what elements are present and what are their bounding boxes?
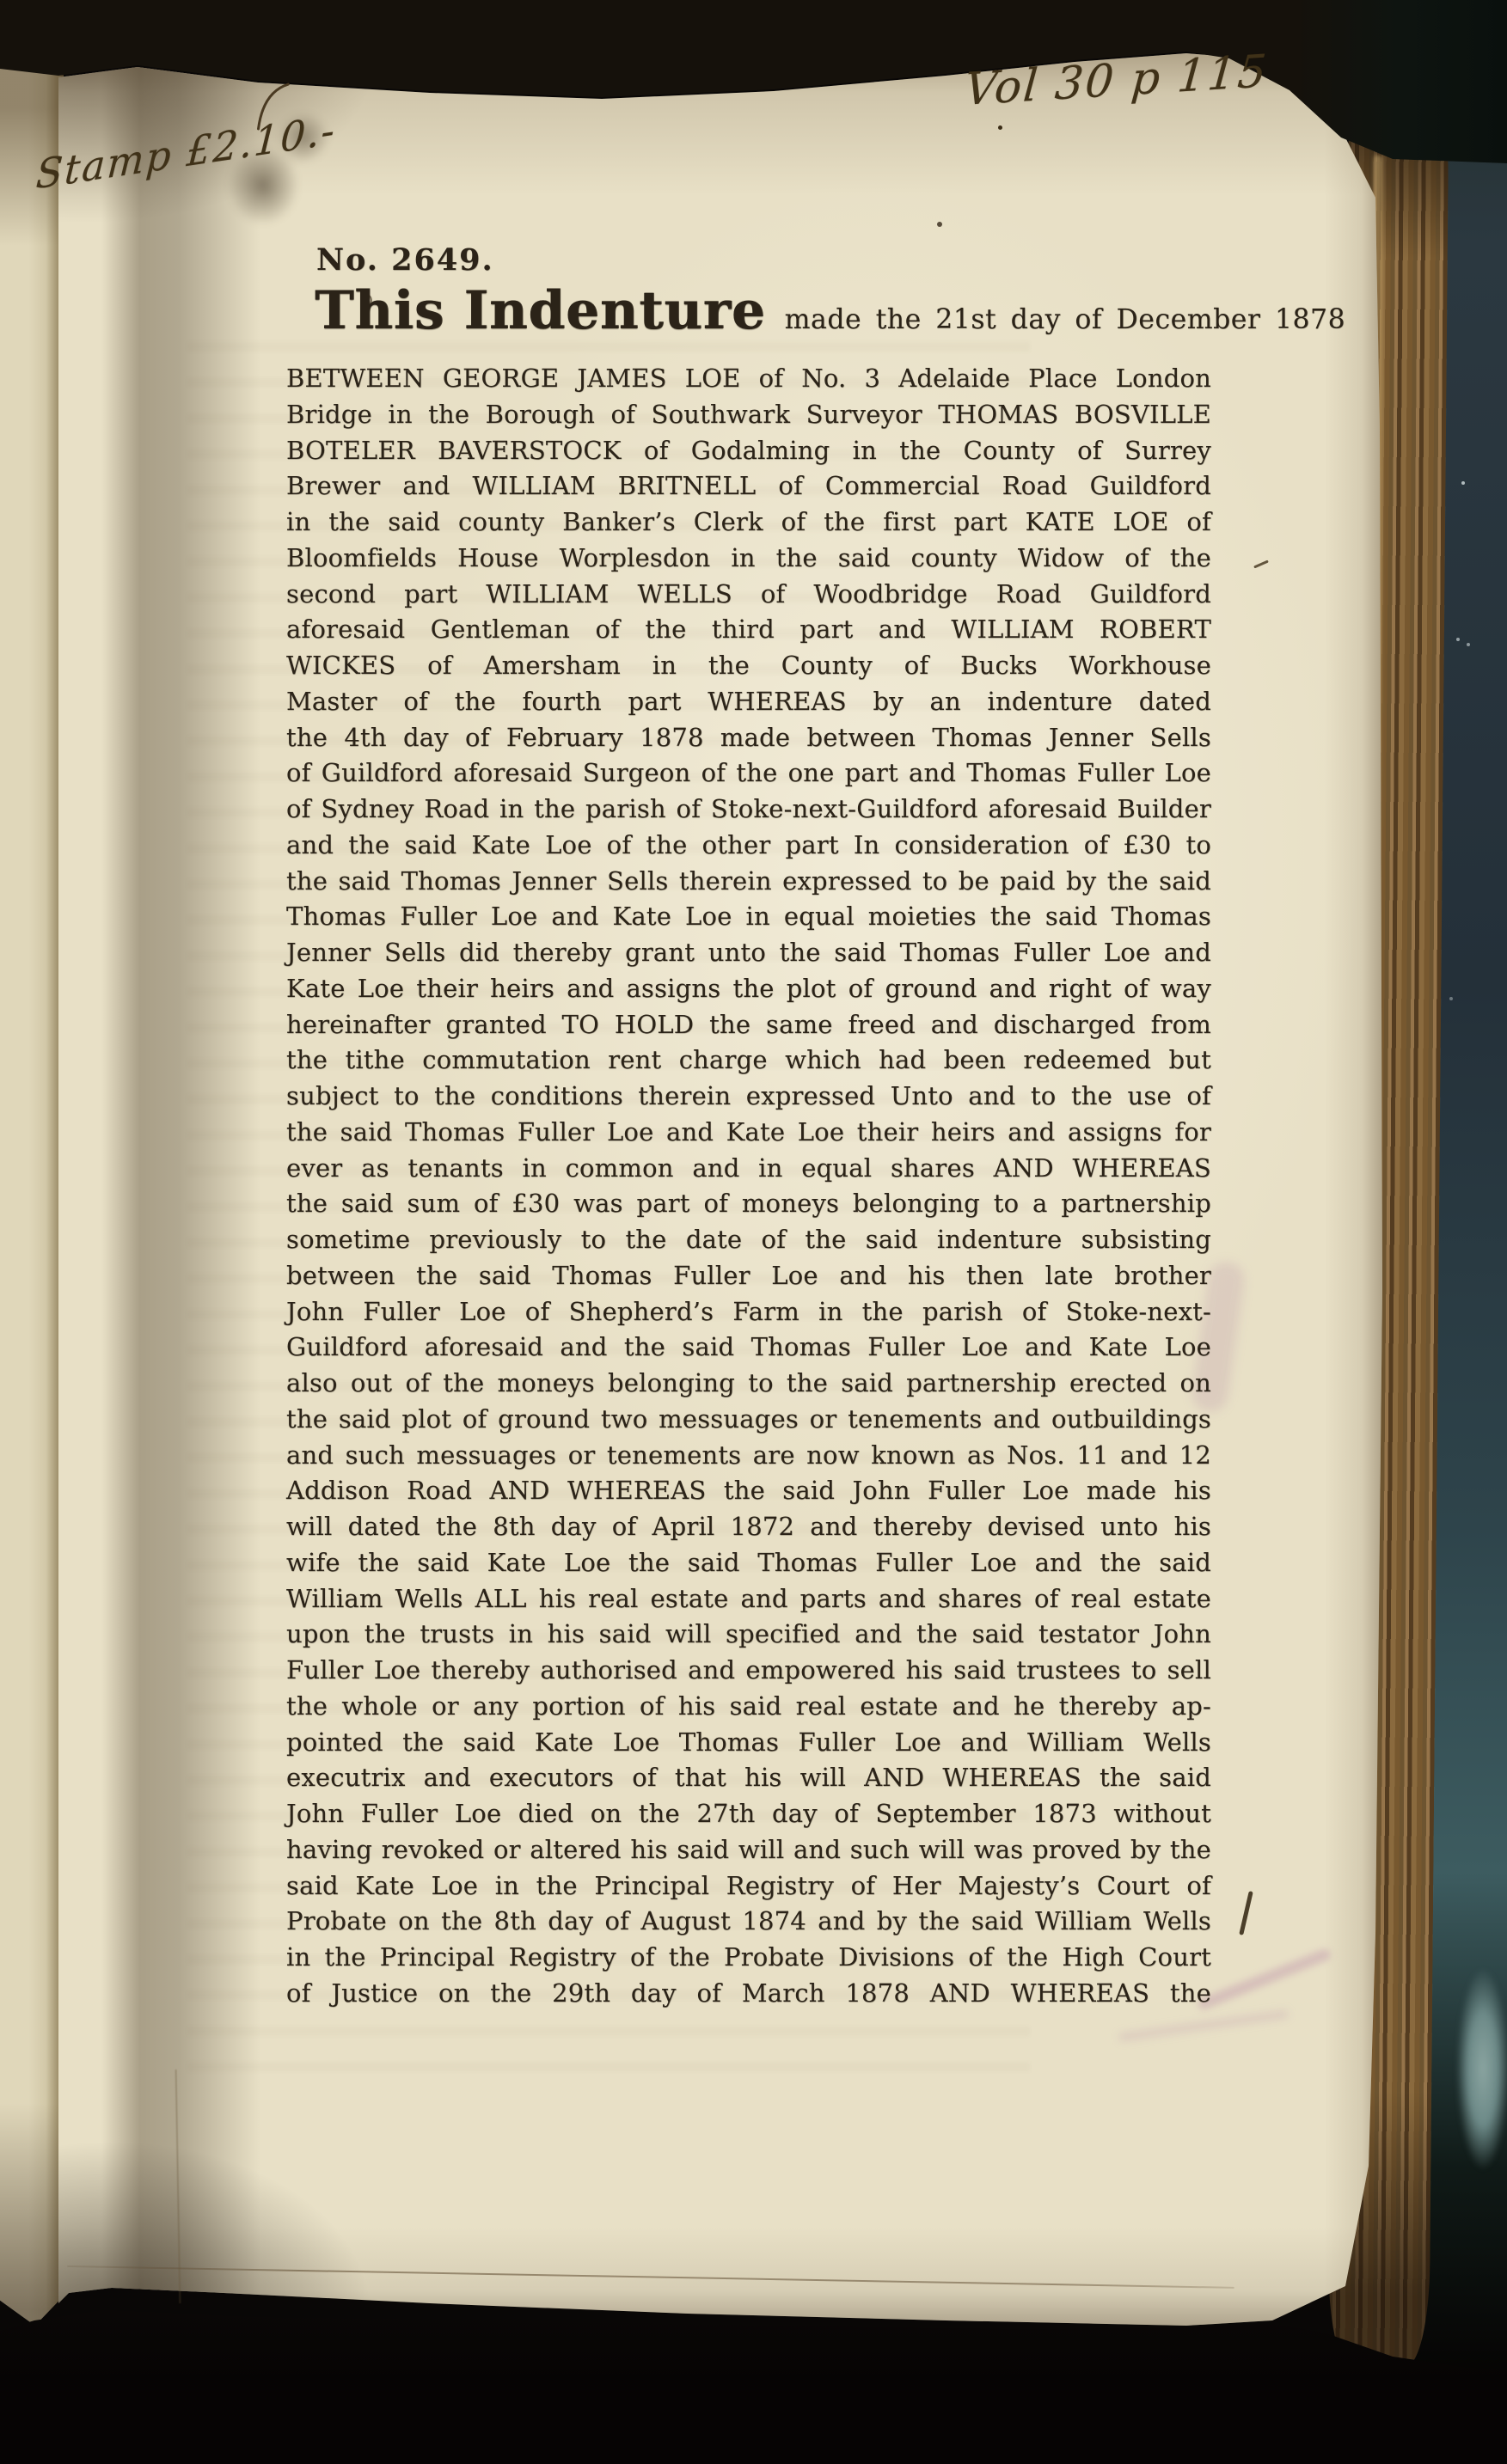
body-line: of Justice on the 29th day of March 1878… bbox=[286, 1976, 1211, 2012]
body-line: also out of the moneys belonging to the … bbox=[286, 1366, 1211, 1402]
handwritten-volume-ref: Vol 30 p 115 bbox=[963, 46, 1270, 116]
body-line: Brewer and WILLIAM BRITNELL of Commercia… bbox=[286, 468, 1211, 504]
book-photo: Vol 30 p 115 Stamp £2.10.- No. 2649. Thi… bbox=[0, 0, 1507, 2464]
indenture-heading: This Indenture made the 21st day of Dece… bbox=[315, 280, 1345, 341]
body-line: the whole or any portion of his said rea… bbox=[286, 1689, 1211, 1725]
body-line: executrix and executors of that his will… bbox=[286, 1760, 1211, 1796]
body-line: William Wells ALL his real estate and pa… bbox=[286, 1581, 1211, 1617]
document-number: No. 2649. bbox=[316, 242, 494, 278]
body-line: the said Thomas Jenner Sells therein exp… bbox=[286, 864, 1211, 900]
body-line: subject to the conditions therein expres… bbox=[286, 1079, 1211, 1115]
body-line: Bloomfields House Worplesdon in the said… bbox=[286, 541, 1211, 577]
body-line: aforesaid Gentleman of the third part an… bbox=[286, 612, 1211, 648]
page-content: Vol 30 p 115 Stamp £2.10.- No. 2649. Thi… bbox=[0, 0, 1507, 2464]
body-line: and the said Kate Loe of the other part … bbox=[286, 828, 1211, 864]
body-line: sometime previously to the date of the s… bbox=[286, 1222, 1211, 1258]
body-line: will dated the 8th day of April 1872 and… bbox=[286, 1509, 1211, 1545]
pen-flourish-icon bbox=[248, 78, 298, 136]
heading-date-text: made the 21st day of December 1878 bbox=[785, 304, 1345, 335]
body-line: Bridge in the Borough of Southwark Surve… bbox=[286, 397, 1211, 433]
body-line: BOTELER BAVERSTOCK of Godalming in the C… bbox=[286, 433, 1211, 469]
body-line: John Fuller Loe of Shepherd’s Farm in th… bbox=[286, 1294, 1211, 1330]
body-line: between the said Thomas Fuller Loe and h… bbox=[286, 1258, 1211, 1294]
body-line: Master of the fourth part WHEREAS by an … bbox=[286, 684, 1211, 720]
body-line: and such messuages or tenements are now … bbox=[286, 1438, 1211, 1474]
body-text: BETWEEN GEORGE JAMES LOE of No. 3 Adelai… bbox=[286, 361, 1211, 2012]
blackletter-words: This Indenture bbox=[315, 280, 766, 341]
body-line: Addison Road AND WHEREAS the said John F… bbox=[286, 1473, 1211, 1509]
body-line: the tithe commutation rent charge which … bbox=[286, 1042, 1211, 1079]
body-line: the said plot of ground two messuages or… bbox=[286, 1402, 1211, 1438]
body-line: the said Thomas Fuller Loe and Kate Loe … bbox=[286, 1115, 1211, 1151]
body-line: pointed the said Kate Loe Thomas Fuller … bbox=[286, 1725, 1211, 1761]
body-line: John Fuller Loe died on the 27th day of … bbox=[286, 1796, 1211, 1832]
body-line: the 4th day of February 1878 made betwee… bbox=[286, 720, 1211, 756]
body-line: Fuller Loe thereby authorised and empowe… bbox=[286, 1653, 1211, 1689]
body-line: in the said county Banker’s Clerk of the… bbox=[286, 504, 1211, 541]
body-line: WICKES of Amersham in the County of Buck… bbox=[286, 648, 1211, 684]
body-line: BETWEEN GEORGE JAMES LOE of No. 3 Adelai… bbox=[286, 361, 1211, 397]
body-line: of Sydney Road in the parish of Stoke-ne… bbox=[286, 792, 1211, 828]
body-line: the said sum of £30 was part of moneys b… bbox=[286, 1186, 1211, 1222]
body-line: Guildford aforesaid and the said Thomas … bbox=[286, 1330, 1211, 1366]
body-line: Thomas Fuller Loe and Kate Loe in equal … bbox=[286, 899, 1211, 935]
body-line: hereinafter granted TO HOLD the same fre… bbox=[286, 1007, 1211, 1043]
body-line: wife the said Kate Loe the said Thomas F… bbox=[286, 1545, 1211, 1581]
body-line: having revoked or altered his said will … bbox=[286, 1832, 1211, 1868]
body-line: said Kate Loe in the Principal Registry … bbox=[286, 1868, 1211, 1905]
body-line: upon the trusts in his said will specifi… bbox=[286, 1617, 1211, 1653]
body-line: in the Principal Registry of the Probate… bbox=[286, 1940, 1211, 1976]
body-line: ever as tenants in common and in equal s… bbox=[286, 1151, 1211, 1187]
body-line: second part WILLIAM WELLS of Woodbridge … bbox=[286, 577, 1211, 613]
body-line: Kate Loe their heirs and assigns the plo… bbox=[286, 971, 1211, 1007]
body-line: Probate on the 8th day of August 1874 an… bbox=[286, 1904, 1211, 1940]
body-line: of Guildford aforesaid Surgeon of the on… bbox=[286, 755, 1211, 792]
body-line: Jenner Sells did thereby grant unto the … bbox=[286, 935, 1211, 971]
